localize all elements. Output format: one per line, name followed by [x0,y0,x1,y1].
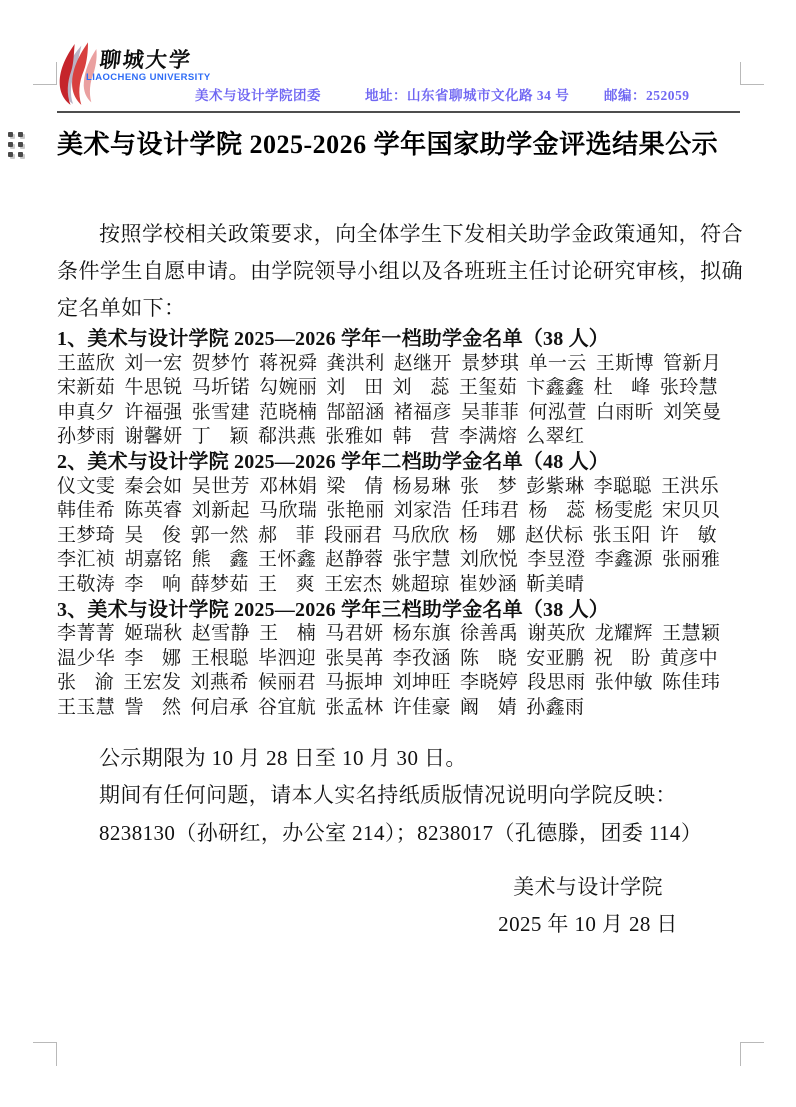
university-name-chinese: 聊城大学 [98,44,193,74]
signature-block: 美术与设计学院 2025 年 10 月 28 日 [457,869,719,943]
letterhead-divider [57,111,740,113]
tier3-name-row: 王玉慧 訾 然 何启承 谷宜航 张孟林 许佳豪 阚 婧 孙鑫雨 [57,696,743,721]
tier2-name-row: 韩佳希 陈英睿 刘新起 马欣瑞 张艳丽 刘家浩 任玮君 杨 蕊 杨雯彪 宋贝贝 [57,499,743,524]
tier1-name-row: 孙梦雨 谢馨妍 丁 颖 郗洪燕 张雅如 韩 营 李满熔 么翠红 [57,425,743,450]
tier3-name-row: 张 渝 王宏发 刘燕希 候丽君 马振坤 刘坤旺 李晓婷 段思雨 张仲敏 陈佳玮 [57,671,743,696]
tier2-name-row: 仪文雯 秦会如 吴世芳 邓林娟 梁 倩 杨易琳 张 梦 彭紫琳 李聪聪 王洪乐 [57,475,743,500]
tier3-heading: 3、美术与设计学院 2025—2026 学年三档助学金名单（38 人） [57,598,743,623]
letterhead-address: 地址：山东省聊城市文化路 34 号 [365,84,569,104]
drag-dot [8,132,13,137]
scholarship-lists: 1、美术与设计学院 2025—2026 学年一档助学金名单（38 人） 王蓝欣 … [57,327,743,721]
intro-paragraph: 按照学校相关政策要求，向全体学生下发相关助学金政策通知，符合条件学生自愿申请。由… [57,216,743,327]
signature-date: 2025 年 10 月 28 日 [457,906,719,943]
page-margin-mark-top-right [740,62,764,85]
drag-dot [8,142,13,147]
page-margin-mark-bottom-right [740,1042,764,1066]
tier1-name-row: 宋新茹 牛思锐 马圻锘 勾婉丽 刘 田 刘 蕊 王玺茹 卞鑫鑫 杜 峰 张玲慧 [57,376,743,401]
tier2-name-row: 李汇祯 胡嘉铭 熊 鑫 王怀鑫 赵静蓉 张宇慧 刘欣悦 李昱澄 李鑫源 张丽雅 [57,548,743,573]
tier1-name-row: 王蓝欣 刘一宏 贺梦竹 蒋祝舜 龚洪利 赵继开 景梦琪 单一云 王斯博 管新月 [57,352,743,377]
tier2-heading: 2、美术与设计学院 2025—2026 学年二档助学金名单（48 人） [57,450,743,475]
notice-notes: 公示期限为 10 月 28 日至 10 月 30 日。 期间有任何问题，请本人实… [57,740,743,853]
drag-dot [18,142,23,147]
note-contacts: 8238130（孙研红，办公室 214）；8238017（孔德滕，团委 114） [57,815,743,853]
drag-dot [18,132,23,137]
note-feedback: 期间有任何问题，请本人实名持纸质版情况说明向学院反映： [57,777,743,815]
tier3-name-row: 温少华 李 娜 王根聪 毕泗迎 张昊苒 李孜涵 陈 晓 安亚鹏 祝 盼 黄彦中 [57,647,743,672]
document-body: 美术与设计学院 2025-2026 学年国家助学金评选结果公示 按照学校相关政策… [57,128,743,943]
note-period: 公示期限为 10 月 28 日至 10 月 30 日。 [57,740,743,778]
tier1-name-row: 申真夕 许福强 张雪建 范晓楠 郜韶涵 褚福彦 吴菲菲 何泓萱 白雨昕 刘笑曼 [57,401,743,426]
tier1-heading: 1、美术与设计学院 2025—2026 学年一档助学金名单（38 人） [57,327,743,352]
letterhead-postcode: 邮编：252059 [604,84,690,104]
block-drag-handle[interactable] [8,132,28,162]
page-margin-mark-bottom-left [33,1042,57,1066]
tier2-name-row: 王梦琦 吴 俊 郭一然 郝 菲 段丽君 马欣欣 杨 娜 赵伏标 张玉阳 许 敏 [57,524,743,549]
letterhead-department: 美术与设计学院团委 [195,84,321,104]
tier3-name-row: 李菁菁 姬瑞秋 赵雪静 王 楠 马君妍 杨东旗 徐善禹 谢英欣 龙耀辉 王慧颖 [57,622,743,647]
university-name-english: LIAOCHENG UNIVERSITY [86,72,211,83]
drag-dot [18,152,23,157]
signature-org: 美术与设计学院 [457,869,719,906]
page-title: 美术与设计学院 2025-2026 学年国家助学金评选结果公示 [57,128,743,162]
drag-dot [8,152,13,157]
tier2-name-row: 王敬涛 李 响 薛梦茹 王 爽 王宏杰 姚超琼 崔妙涵 靳美晴 [57,573,743,598]
